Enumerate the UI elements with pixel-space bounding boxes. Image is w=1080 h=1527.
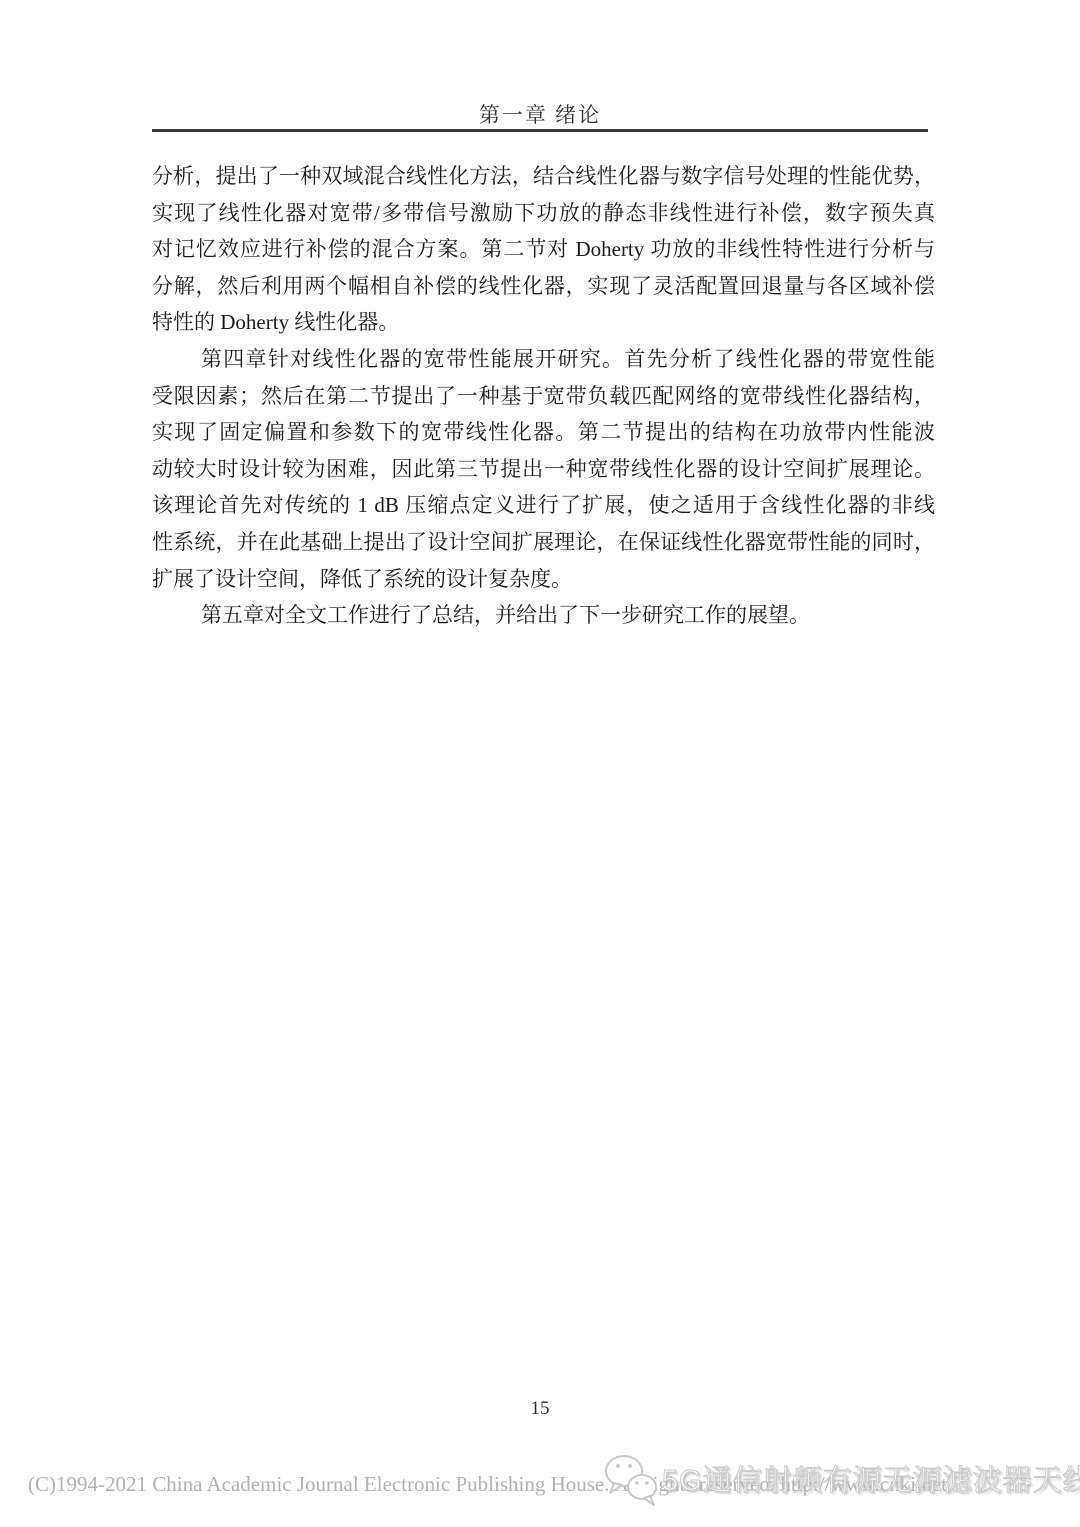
- body-line: 对记忆效应进行补偿的混合方案。第二节对 Doherty 功放的非线性特性进行分析…: [152, 231, 935, 268]
- header-rule: [152, 129, 928, 132]
- wechat-icon: [600, 1452, 662, 1510]
- document-page: 第一章 绪论 分析，提出了一种双域混合线性化方法，结合线性化器与数字信号处理的性…: [0, 0, 1080, 1527]
- body-line: 分解，然后利用两个幅相自补偿的线性化器，实现了灵活配置回退量与各区域补偿: [152, 268, 935, 305]
- body-line: 分析，提出了一种双域混合线性化方法，结合线性化器与数字信号处理的性能优势，: [152, 158, 935, 195]
- body-line: 第四章针对线性化器的宽带性能展开研究。首先分析了线性化器的带宽性能: [152, 341, 935, 378]
- page-number: 15: [0, 1398, 1080, 1420]
- body-line: 动较大时设计较为困难，因此第三节提出一种宽带线性化器的设计空间扩展理论。: [152, 451, 935, 488]
- body-line: 第五章对全文工作进行了总结，并给出了下一步研究工作的展望。: [152, 597, 935, 634]
- body-line: 实现了线性化器对宽带/多带信号激励下功放的静态非线性进行补偿，数字预失真: [152, 195, 935, 232]
- body-line: 受限因素；然后在第二节提出了一种基于宽带负载匹配网络的宽带线性化器结构，: [152, 378, 935, 415]
- watermark: 5G通信射频有源无源滤波器天线: [600, 1446, 1080, 1510]
- body-line: 实现了固定偏置和参数下的宽带线性化器。第二节提出的结构在功放带内性能波: [152, 414, 935, 451]
- body-line: 扩展了设计空间，降低了系统的设计复杂度。: [152, 561, 935, 598]
- body-line: 性系统，并在此基础上提出了设计空间扩展理论，在保证线性化器宽带性能的同时，: [152, 524, 935, 561]
- chapter-header: 第一章 绪论: [0, 99, 1080, 129]
- body-line: 该理论首先对传统的 1 dB 压缩点定义进行了扩展，使之适用于含线性化器的非线: [152, 487, 935, 524]
- body-line: 特性的 Doherty 线性化器。: [152, 304, 935, 341]
- body-text: 分析，提出了一种双域混合线性化方法，结合线性化器与数字信号处理的性能优势，实现了…: [152, 158, 935, 634]
- watermark-text: 5G通信射频有源无源滤波器天线: [662, 1458, 1080, 1499]
